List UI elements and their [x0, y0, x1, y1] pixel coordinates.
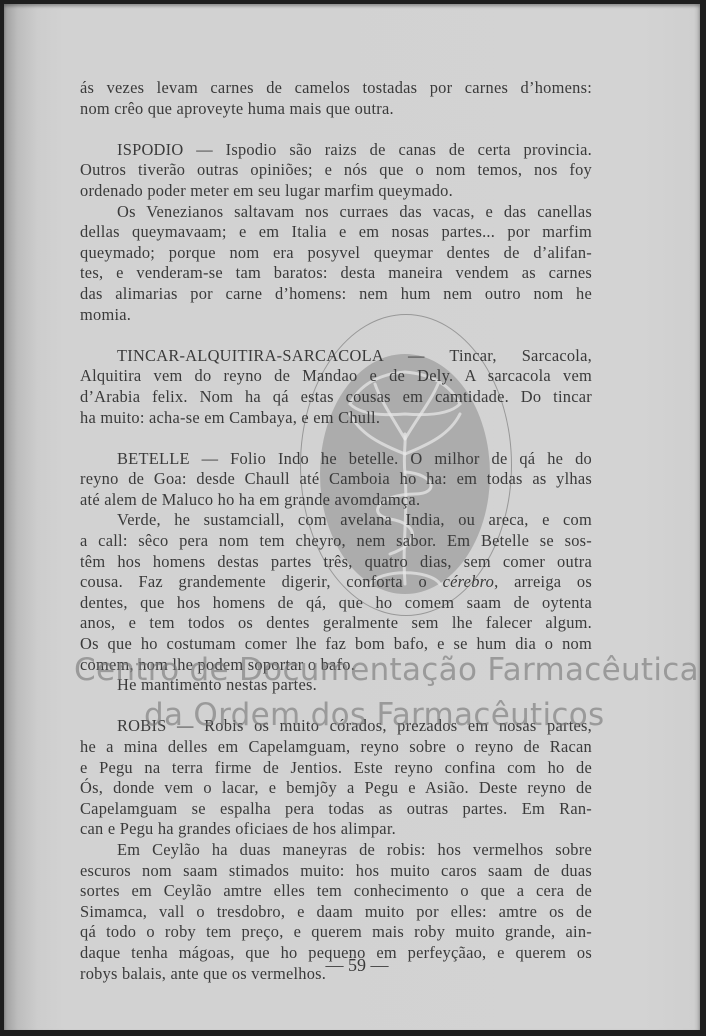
text-line: queymado; porque nom era posyvel queymar…: [80, 243, 592, 264]
text-line: Alquitira vem do reyno de Mandao e de De…: [80, 366, 592, 387]
paragraph: Os Venezianos saltavam nos curraes das v…: [80, 202, 592, 326]
text-line: can e Pegu ha grandes oficiaes de hos al…: [80, 819, 592, 840]
text-line: a call: sêco pera nom tem cheyro, nem sa…: [80, 531, 592, 552]
text-line: qá todo o roby tem preço, e querem mais …: [80, 922, 592, 943]
text-line: He mantimento nestas partes.: [80, 675, 592, 696]
text-line: sortes em Ceylão amtre elles tem conheci…: [80, 881, 592, 902]
text-line: he a mina delles em Capelamguam, reyno s…: [80, 737, 592, 758]
entry-robis: ROBIS — Robis os muito córados, prezados…: [80, 716, 592, 840]
text-line: momia.: [80, 305, 592, 326]
text-line: e Pegu na terra firme de Jentios. Este r…: [80, 758, 592, 779]
entry-ispodio: ISPODIO — Ispodio são raizs de canas de …: [80, 140, 592, 202]
text-line: Verde, he sustamciall, com avelana India…: [80, 510, 592, 531]
text-line: ordenado poder meter em seu lugar marfim…: [80, 181, 592, 202]
text-line: anos, e tem todos os dentes geralmente s…: [80, 613, 592, 634]
text-line: ROBIS — Robis os muito córados, prezados…: [80, 716, 592, 737]
text-line: reyno de Goa: desde Chaull até Camboia h…: [80, 469, 592, 490]
paragraph: ás vezes levam carnes de camelos tostada…: [80, 78, 592, 119]
entry-tincar-alquitira-sarcacola: TINCAR-ALQUITIRA-SARCACOLA — Tincar, Sar…: [80, 346, 592, 428]
text-line: Ós, donde vem o lacar, e bemjõy a Pegu e…: [80, 778, 592, 799]
text-line: d’Arabia felix. Nom ha qá estas cousas e…: [80, 387, 592, 408]
text-line: ha muito: acha-se em Cambaya, e em Chull…: [80, 408, 592, 429]
page-number: — 59 —: [4, 955, 706, 976]
text-line: ás vezes levam carnes de camelos tostada…: [80, 78, 592, 99]
text-line: Outros tiverão outras opiniões; e nós qu…: [80, 160, 592, 181]
text-line: dellas queymavaam; e em Italia e em nosa…: [80, 222, 592, 243]
text-line: Os que ho costumam comer lhe faz bom baf…: [80, 634, 592, 655]
text-line: cousa. Faz grandemente digerir, conforta…: [80, 572, 592, 593]
text-line: Capelamguam se espalha pera todas as out…: [80, 799, 592, 820]
text-line: escuros nom saam stimados muito: hos mui…: [80, 861, 592, 882]
text-line: comem, nom lhe podem soportar o bafo.: [80, 655, 592, 676]
text-line: nom crêo que aproveyte huma mais que out…: [80, 99, 592, 120]
text-line: BETELLE — Folio Indo he betelle. O milho…: [80, 449, 592, 470]
document-body: ás vezes levam carnes de camelos tostada…: [80, 78, 592, 984]
text-line: TINCAR-ALQUITIRA-SARCACOLA — Tincar, Sar…: [80, 346, 592, 367]
text-line: das alimarias por carne d’homens: nem hu…: [80, 284, 592, 305]
text-line: ISPODIO — Ispodio são raizs de canas de …: [80, 140, 592, 161]
text-line: Simamca, vall o tresdobro, e daam muito …: [80, 902, 592, 923]
entry-betelle: BETELLE — Folio Indo he betelle. O milho…: [80, 449, 592, 511]
text-line: Os Venezianos saltavam nos curraes das v…: [80, 202, 592, 223]
text-line: dentes, que hos homens de qá, que ho com…: [80, 593, 592, 614]
text-line: têm hos homens destas partes três, quatr…: [80, 552, 592, 573]
paragraph: He mantimento nestas partes.: [80, 675, 592, 696]
paragraph: Verde, he sustamciall, com avelana India…: [80, 510, 592, 675]
text-line: tes, e venderam-se tam baratos: desta ma…: [80, 263, 592, 284]
scanned-page: ás vezes levam carnes de camelos tostada…: [4, 4, 700, 1030]
text-line: Em Ceylão ha duas maneyras de robis: hos…: [80, 840, 592, 861]
text-line: até alem de Maluco ho ha em grande avomd…: [80, 490, 592, 511]
